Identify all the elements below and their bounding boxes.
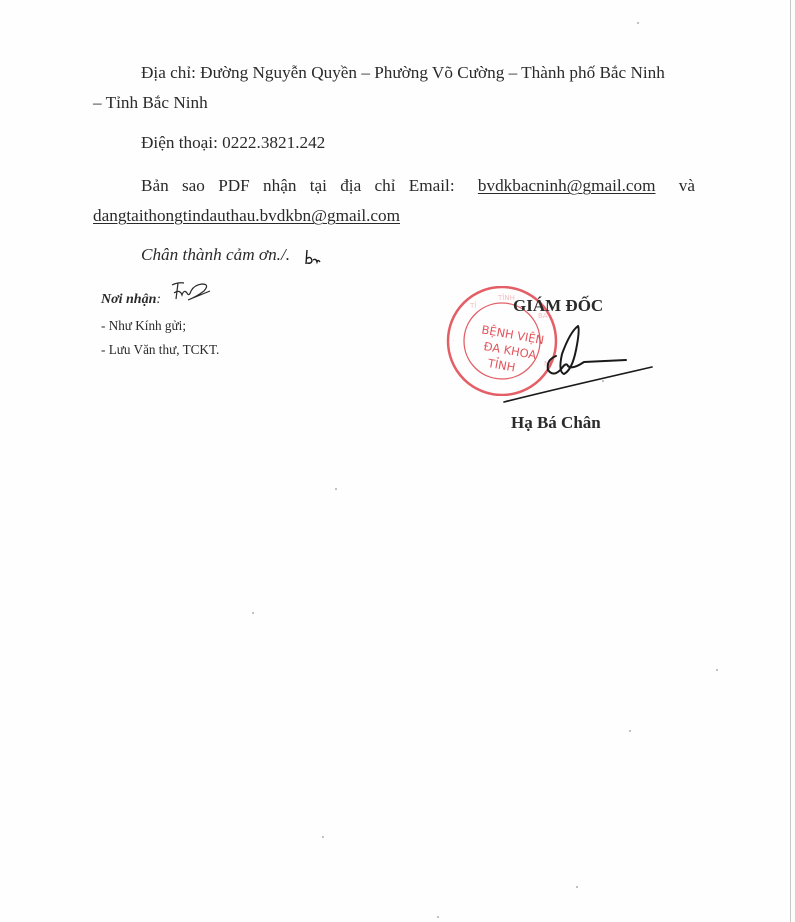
director-signature-icon [500, 322, 660, 407]
recipient-item-2: - Lưu Văn thư, TCKT. [101, 342, 219, 358]
recipients-label: Nơi nhận: [101, 292, 161, 308]
email-joiner: và [679, 176, 695, 196]
address-line-1: Địa chỉ: Đường Nguyễn Quyền – Phường Võ … [141, 63, 665, 83]
svg-text:.: . [452, 335, 454, 343]
scan-speck [637, 22, 639, 24]
address-line-2: – Tỉnh Bắc Ninh [93, 93, 208, 113]
scan-speck [629, 730, 631, 732]
document-page: Địa chỉ: Đường Nguyễn Quyền – Phường Võ … [0, 0, 791, 922]
scan-speck [602, 380, 604, 382]
signer-title: GIÁM ĐỐC [513, 296, 603, 316]
scan-speck [437, 916, 439, 918]
email-prefix: Bản sao PDF nhận tại địa chỉ Email: [141, 176, 455, 196]
scan-speck [335, 488, 337, 490]
recipient-item-1: - Như Kính gửi; [101, 318, 186, 334]
initial-mark-icon [302, 247, 322, 269]
email-line: Bản sao PDF nhận tại địa chỉ Email: bvdk… [141, 176, 695, 196]
email-link-1[interactable]: bvdkbacninh@gmail.com [478, 176, 656, 196]
email-link-2[interactable]: dangtaithongtindauthau.bvdkbn@gmail.com [93, 206, 400, 226]
scan-speck [322, 836, 324, 838]
svg-text:TỈ: TỈ [469, 301, 476, 310]
initial-signature-icon [168, 279, 216, 305]
recipients-label-text: Nơi nhận [101, 292, 156, 307]
closing-line: Chân thành cảm ơn./. [141, 245, 290, 265]
scan-speck [716, 669, 718, 671]
scan-speck [252, 612, 254, 614]
scan-speck [576, 886, 578, 888]
phone-line: Điện thoại: 0222.3821.242 [141, 133, 325, 153]
signer-name: Hạ Bá Chân [511, 413, 601, 433]
